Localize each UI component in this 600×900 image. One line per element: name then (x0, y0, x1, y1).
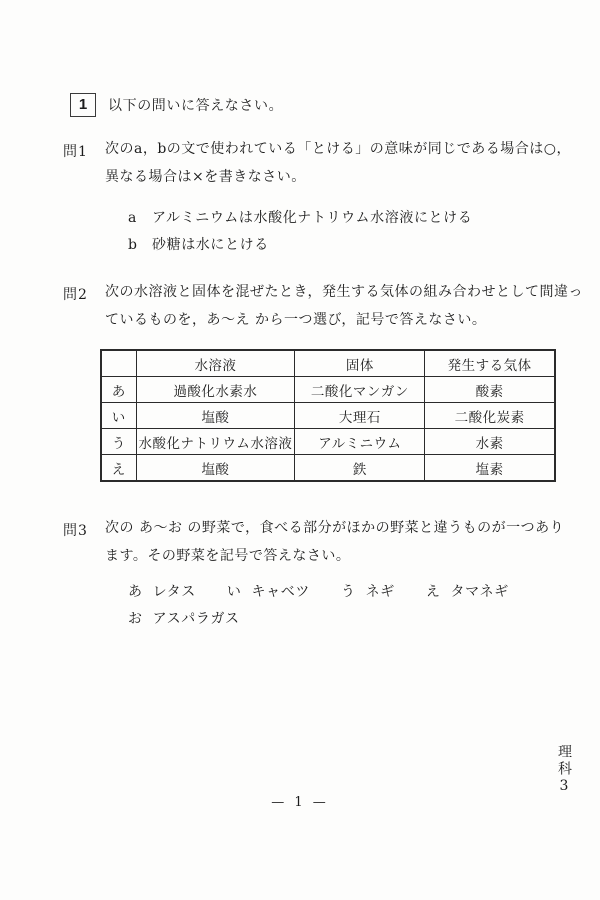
table-row: う 水酸化ナトリウム水溶液 アルミニウム 水素 (101, 429, 555, 455)
q2-line1: 次の水溶液と固体を混ぜたとき，発生する気体の組み合わせとして間違っ (105, 278, 550, 306)
section-instruction: 以下の問いに答えなさい。 (108, 98, 283, 114)
row-key: え (101, 455, 136, 482)
q2-table-header-solid: 固体 (295, 350, 425, 377)
q3-option-o: おアスパラガス (128, 611, 240, 627)
table-row: あ 過酸化水素水 二酸化マンガン 酸素 (101, 377, 555, 403)
q1-item-b-text: 砂糖は水にとける (152, 237, 269, 253)
q3-option-e-text: タマネギ (450, 584, 508, 600)
row-gas: 塩素 (425, 455, 555, 482)
q1-text: 次のa，bの文で使われている「とける」の意味が同じである場合は○， 異なる場合は… (105, 135, 550, 191)
row-solid: アルミニウム (295, 429, 425, 455)
row-solution: 塩酸 (136, 403, 295, 429)
table-row: え 塩酸 鉄 塩素 (101, 455, 555, 482)
row-gas: 酸素 (425, 377, 555, 403)
page-number: — 1 — (0, 795, 600, 810)
q1-items: aアルミニウムは水酸化ナトリウム水溶液にとける b砂糖は水にとける (128, 205, 472, 259)
q2-line2: ているものを，あ～え から一つ選び，記号で答えなさい。 (105, 306, 550, 334)
q3-option-i: いキャベツ (227, 584, 310, 600)
row-solid: 大理石 (295, 403, 425, 429)
q3-option-a: あレタス (128, 584, 196, 600)
q1-item-a-text: アルミニウムは水酸化ナトリウム水溶液にとける (152, 210, 472, 226)
q1-line1: 次のa，bの文で使われている「とける」の意味が同じである場合は○， (105, 135, 550, 163)
q3-options-line1: あレタス いキャベツ うネギ えタマネギ (128, 581, 535, 601)
q2-label: 問2 (63, 284, 88, 304)
row-solution: 過酸化水素水 (136, 377, 295, 403)
q3-line1: 次の あ～お の野菜で，食べる部分がほかの野菜と違うものが一つあり (105, 514, 550, 542)
q3-option-i-text: キャベツ (252, 584, 310, 600)
subject-side-label: 理科3 (554, 744, 574, 797)
q1-label: 問1 (63, 141, 88, 161)
q2-text: 次の水溶液と固体を混ぜたとき，発生する気体の組み合わせとして間違っ ているものを… (105, 278, 550, 334)
row-solid: 鉄 (295, 455, 425, 482)
question-group-header: 1以下の問いに答えなさい。 (70, 93, 283, 117)
q3-option-a-key: あ (128, 581, 143, 601)
row-key: あ (101, 377, 136, 403)
q3-option-u-text: ネギ (366, 584, 395, 600)
q3-option-u-key: う (341, 581, 356, 601)
q1-item-b: b砂糖は水にとける (128, 232, 472, 259)
q3-option-o-key: お (128, 608, 143, 628)
question-group-number: 1 (79, 96, 87, 113)
q1-line2: 異なる場合は×を書きなさい。 (105, 163, 550, 191)
q3-line2: ます。その野菜を記号で答えなさい。 (105, 542, 550, 570)
q3-option-i-key: い (227, 581, 242, 601)
q3-option-e: えタマネギ (426, 584, 509, 600)
q3-text: 次の あ～お の野菜で，食べる部分がほかの野菜と違うものが一つあり ます。その野… (105, 514, 550, 570)
q3-options-line2: おアスパラガス (128, 608, 266, 628)
q2-table-corner-cell (101, 350, 136, 377)
row-gas: 水素 (425, 429, 555, 455)
q2-table: 水溶液 固体 発生する気体 あ 過酸化水素水 二酸化マンガン 酸素 い 塩酸 大… (100, 349, 556, 482)
row-solid: 二酸化マンガン (295, 377, 425, 403)
row-solution: 水酸化ナトリウム水溶液 (136, 429, 295, 455)
exam-page: 1以下の問いに答えなさい。 問1 次のa，bの文で使われている「とける」の意味が… (0, 0, 600, 900)
q1-item-b-key: b (128, 232, 152, 259)
q3-option-u: うネギ (341, 584, 395, 600)
table-row: い 塩酸 大理石 二酸化炭素 (101, 403, 555, 429)
q2-table-header-solution: 水溶液 (136, 350, 295, 377)
row-key: う (101, 429, 136, 455)
q1-item-a: aアルミニウムは水酸化ナトリウム水溶液にとける (128, 205, 472, 232)
q2-table-header-gas: 発生する気体 (425, 350, 555, 377)
q3-option-e-key: え (426, 581, 441, 601)
q2-table-header-row: 水溶液 固体 発生する気体 (101, 350, 555, 377)
row-gas: 二酸化炭素 (425, 403, 555, 429)
row-solution: 塩酸 (136, 455, 295, 482)
q1-item-a-key: a (128, 205, 152, 232)
q3-option-a-text: レタス (153, 584, 196, 600)
q3-option-o-text: アスパラガス (153, 611, 240, 627)
question-group-number-box: 1 (70, 93, 96, 117)
q3-label: 問3 (63, 520, 88, 540)
row-key: い (101, 403, 136, 429)
